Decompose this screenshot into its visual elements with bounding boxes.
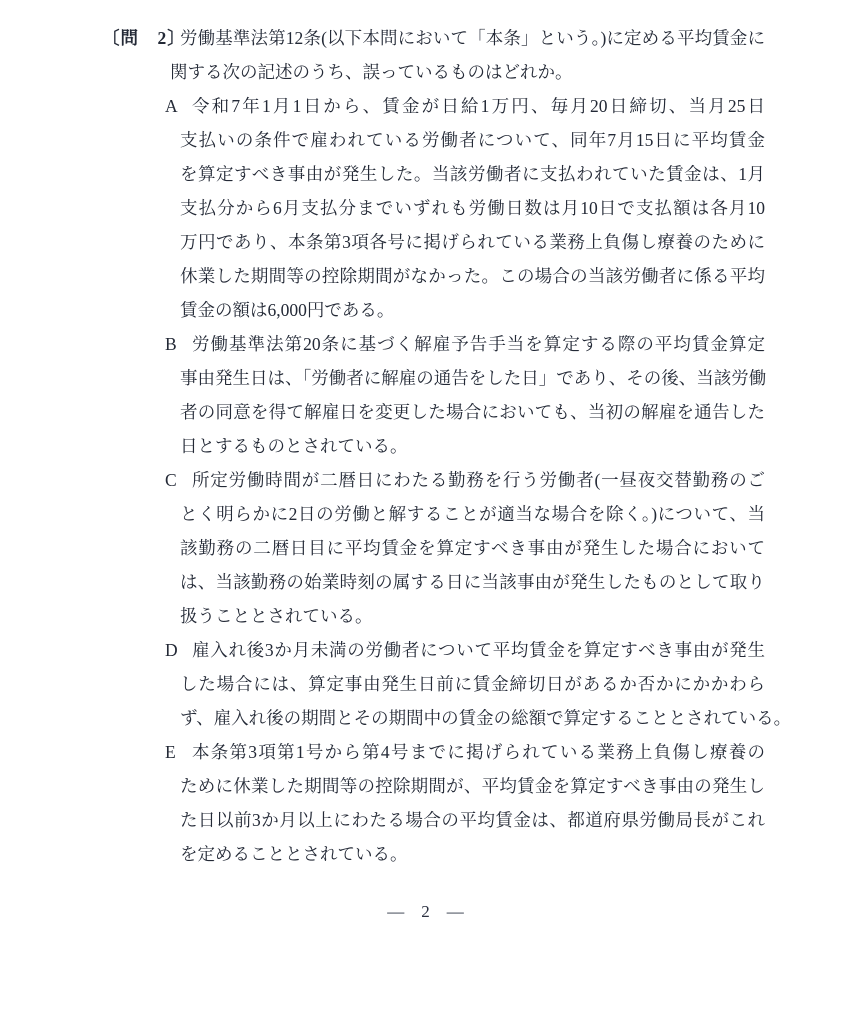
choice-d-line-1: 雇入れ後3か月未満の労働者について平均賃金を算定すべき事由が発生 [192,633,765,667]
choice-a-line-3: を算定すべき事由が発生した。当該労働者に支払われていた賃金は、1月 [180,157,765,191]
choice-d-line-3: ず、雇入れ後の期間とその期間中の賃金の総額で算定することとされている。 [180,701,778,735]
choice-c-letter: C [165,463,177,497]
choice-e-line-1: 本条第3項第1号から第4号までに掲げられている業務上負傷し療養の [192,735,765,769]
question-header-line-1: 〔問 2〕 労働基準法第12条(以下本問において「本条」という。)に定める平均賃… [0,21,851,55]
choice-a-line-1: 令和7年1月1日から、賃金が日給1万円、毎月20日締切、当月25日 [192,89,765,123]
choice-a-line-7: 賃金の額は6,000円である。 [180,293,765,327]
page-number: 2 [421,895,430,929]
choice-d-letter: D [165,633,178,667]
choice-c-line-3: 該勤務の二暦日目に平均賃金を算定すべき事由が発生した場合において [180,531,765,565]
choice-c-line-4: は、当該勤務の始業時刻の属する日に当該事由が発生したものとして取り [180,565,765,599]
choice-a: A 令和7年1月1日から、賃金が日給1万円、毎月20日締切、当月25日 [0,89,851,123]
choice-b-line-4: 日とするものとされている。 [180,429,765,463]
choice-a-line-6: 休業した期間等の控除期間がなかった。この場合の当該労働者に係る平均 [180,259,765,293]
choice-a-letter: A [165,89,178,123]
question-lead-text: 労働基準法第12条(以下本問において「本条」という。)に定める平均賃金に [180,21,765,55]
choice-d-line-2: した場合には、算定事由発生日前に賃金締切日があるか否かにかかわら [180,667,765,701]
choice-e: E 本条第3項第1号から第4号までに掲げられている業務上負傷し療養の [0,735,851,769]
choice-e-line-3: た日以前3か月以上にわたる場合の平均賃金は、都道府県労働局長がこれ [180,803,765,837]
choice-a-line-2: 支払いの条件で雇われている労働者について、同年7月15日に平均賃金 [180,123,765,157]
choice-c-line-1: 所定労働時間が二暦日にわたる勤務を行う労働者(一昼夜交替勤務のご [192,463,765,497]
question-number-label: 〔問 2〕 [102,21,186,55]
choice-c: C 所定労働時間が二暦日にわたる勤務を行う労働者(一昼夜交替勤務のご [0,463,851,497]
page-number-dash-left: — [387,895,404,929]
page-number-dash-right: — [447,895,464,929]
choice-b-line-3: 者の同意を得て解雇日を変更した場合においても、当初の解雇を通告した [180,395,765,429]
choice-e-line-2: ために休業した期間等の控除期間が、平均賃金を算定すべき事由の発生し [180,769,765,803]
choice-b: B 労働基準法第20条に基づく解雇予告手当を算定する際の平均賃金算定 [0,327,851,361]
choice-c-line-5: 扱うこととされている。 [180,599,765,633]
page-footer: — 2 — [0,895,851,929]
choice-b-line-2: 事由発生日は、「労働者に解雇の通告をした日」であり、その後、当該労働 [180,361,765,395]
choice-a-line-4: 支払分から6月支払分までいずれも労働日数は月10日で支払額は各月10 [180,191,765,225]
choice-b-line-1: 労働基準法第20条に基づく解雇予告手当を算定する際の平均賃金算定 [192,327,765,361]
exam-page: 〔問 2〕 労働基準法第12条(以下本問において「本条」という。)に定める平均賃… [0,0,851,1024]
choice-d: D 雇入れ後3か月未満の労働者について平均賃金を算定すべき事由が発生 [0,633,851,667]
question-block: 〔問 2〕 労働基準法第12条(以下本問において「本条」という。)に定める平均賃… [0,21,851,929]
choice-e-letter: E [165,735,176,769]
choice-c-line-2: とく明らかに2日の労働と解することが適当な場合を除く。)について、当 [180,497,765,531]
choice-e-line-4: を定めることとされている。 [180,837,765,871]
question-header-line-2: 関する次の記述のうち、誤っているものはどれか。 [170,55,851,89]
choice-b-letter: B [165,327,177,361]
choice-a-line-5: 万円であり、本条第3項各号に掲げられている業務上負傷し療養のために [180,225,765,259]
